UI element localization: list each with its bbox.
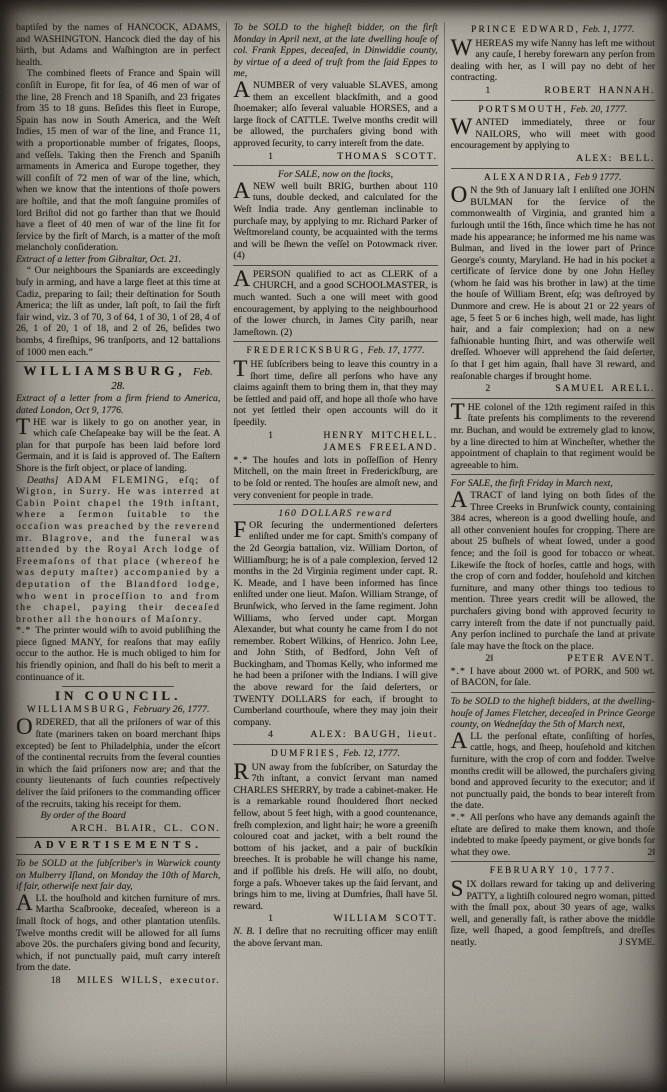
rule xyxy=(451,398,655,399)
article-text: HE ſubſcribers being to leave this count… xyxy=(233,359,437,428)
alexandria-dateline: ALEXANDRIA, Feb 9 1777. xyxy=(451,172,655,185)
deserters-reward-ad: FOR ſecuring the undermentioned deſerter… xyxy=(233,520,437,729)
dateline-date: Feb. 20, 1777. xyxy=(570,104,627,115)
drop-cap: T xyxy=(451,402,468,421)
bell-signature: ALEX: BELL. xyxy=(451,153,655,165)
article-text: OR ſecuring the undermentioned deſerters… xyxy=(233,520,437,728)
article-text: HEREAS my wife Nanny has left me without… xyxy=(451,38,655,84)
rule xyxy=(451,861,655,862)
deaths-label: Deaths] xyxy=(27,475,59,486)
drop-cap: A xyxy=(233,181,253,200)
article-text: ADAM FLEMING, eſq; of Wigton, in Surry. … xyxy=(16,475,220,625)
signature-mark: 1 xyxy=(485,85,490,97)
subscribers-leaving-notice: THE ſubſcribers being to leave this coun… xyxy=(233,359,437,429)
reward-heading: 160 DOLLARS reward xyxy=(233,508,437,520)
column-right: PRINCE EDWARD, Feb. 1, 1777. WHEREAS my … xyxy=(444,22,661,1084)
scott-signature: 1THOMAS SCOTT. xyxy=(233,151,437,163)
drop-cap: W xyxy=(451,117,476,136)
signature-mark: 18 xyxy=(51,975,61,987)
drop-cap: A xyxy=(451,731,471,750)
hannah-signature: 1ROBERT HANNAH. xyxy=(451,85,655,97)
drop-cap: F xyxy=(233,520,249,539)
drop-cap: O xyxy=(451,185,471,204)
pork-bacon-note: *.*I have about 2000 wt. of PORK, and 50… xyxy=(451,666,655,689)
nb-label: N. B. xyxy=(233,926,254,937)
baugh-signature: 4ALEX: BAUGH, lieut. xyxy=(233,729,437,741)
signature-mark: 4 xyxy=(268,729,273,741)
gibraltar-letter: “ Our neighbours the Spaniards are excee… xyxy=(16,265,220,358)
personal-estate-ad: ALL the perſonal eſtate, conſiſting of h… xyxy=(451,731,655,812)
tract-of-land-ad: A TRACT of land lying on both ſides of t… xyxy=(451,490,655,652)
houses-lots-note: *.*The houſes and lots in poſſeſſion of … xyxy=(233,455,437,501)
signature-name: ALEX: BELL. xyxy=(576,153,655,165)
signature-mark: 1 xyxy=(268,430,273,442)
reference-mark: 2‖ xyxy=(641,847,655,859)
drop-cap: R xyxy=(233,762,251,781)
warwick-sale-ad: ALL the houſhold and kitchen furniture o… xyxy=(16,893,220,974)
mitchell-signature: 1HENRY MITCHELL. xyxy=(233,430,437,442)
dateline-place: FREDERICKSBURG, xyxy=(246,346,365,356)
article-combined-fleets: The combined fleets of France and Spain … xyxy=(16,68,220,254)
drop-cap: A xyxy=(16,893,36,912)
williamsburg-dateline: WILLIAMSBURG, Feb. 28. xyxy=(16,365,220,392)
rule xyxy=(233,744,437,745)
council-order: ORDERED, that all the priſoners of war o… xyxy=(16,717,220,810)
signature-name: SAMUEL ARELL. xyxy=(555,383,655,395)
article-text: LL the perſonal eſtate, conſiſting of ho… xyxy=(451,731,655,812)
advertisements-heading: ADVERTISEMENTS. xyxy=(16,837,220,855)
drop-cap: W xyxy=(451,38,476,57)
article-text: PERSON qualified to act as CLERK of a CH… xyxy=(233,269,437,338)
for-sale-march-heading: For SALE, the firſt Friday in March next… xyxy=(451,478,655,490)
signature-name: JAMES FREELAND. xyxy=(324,442,438,454)
nota-bene: N. B. I deſire that no recruiting office… xyxy=(233,926,437,949)
dumfries-dateline: DUMFRIES, Feb. 12, 1777. xyxy=(233,748,437,761)
prince-edward-dateline: PRINCE EDWARD, Feb. 1, 1777. xyxy=(451,24,655,37)
dateline-place: DUMFRIES, xyxy=(271,749,341,759)
note-text: All perſons who have any demands againſt… xyxy=(451,812,655,858)
article-text: TRACT of land lying on both ſides of the… xyxy=(451,490,655,652)
article-text: RDERED, that all the priſoners of war of… xyxy=(16,717,220,809)
asterism-mark: *.* xyxy=(451,812,470,823)
article-text: UN away from the ſubſcriber, on Saturday… xyxy=(233,762,437,912)
signature-name: THOMAS SCOTT. xyxy=(337,151,437,163)
column-middle: To be SOLD to the higheſt bidder, on the… xyxy=(226,22,443,1084)
drop-cap: A xyxy=(451,490,471,509)
dateline-place: PORTSMOUTH, xyxy=(478,105,568,115)
rule xyxy=(233,341,437,342)
article-text: NEW well built BRIG, burthen about 110 t… xyxy=(233,181,437,262)
article-text: ANTED immediately, three or four NAILORS… xyxy=(451,117,655,151)
article-text: HE war is likely to go on another year, … xyxy=(16,417,220,474)
drop-cap: T xyxy=(16,417,33,436)
dateline-date: February 26, 1777. xyxy=(133,704,209,715)
drop-cap: S xyxy=(451,879,467,898)
signature-name: ARCH. BLAIR, CL. CON. xyxy=(71,823,221,835)
runaway-wife-notice: WHEREAS my wife Nanny has left me withou… xyxy=(451,38,655,84)
slaves-sale-ad: A NUMBER of very valuable SLAVES, among … xyxy=(233,80,437,150)
freeland-signature: JAMES FREELAND. xyxy=(233,442,437,454)
rule xyxy=(16,361,220,362)
note-text: I deſire that no recruiting officer may … xyxy=(233,926,437,949)
note-text: The houſes and lots in poſſeſſion of Hen… xyxy=(233,455,437,501)
rule xyxy=(451,168,655,169)
portsmouth-dateline: PORTSMOUTH, Feb. 20, 1777. xyxy=(451,104,655,117)
rule xyxy=(233,265,437,266)
gibraltar-letter-heading: Extract of a letter from Gibraltar, Oct.… xyxy=(16,254,220,266)
dateline-place: WILLIAMSBURG, xyxy=(24,363,186,378)
drop-cap: A xyxy=(233,80,253,99)
arell-signature: 2SAMUEL ARELL. xyxy=(451,383,655,395)
printer-note: *.*The printer would wiſh to avoid publi… xyxy=(16,625,220,683)
signature-name: MILES WILLS, executor. xyxy=(77,975,220,987)
rule xyxy=(62,686,174,687)
eppes-sale-intro: To be SOLD to the higheſt bidder, on the… xyxy=(233,22,437,80)
dateline-date: Feb. 12, 1777. xyxy=(343,748,400,759)
dateline-date: Feb. 17, 1777. xyxy=(368,345,425,356)
executor-signature: 18MILES WILLS, executor. xyxy=(16,975,220,987)
asterism-mark: *.* xyxy=(16,625,35,636)
nailors-wanted-ad: WANTED immediately, three or four NAILOR… xyxy=(451,117,655,152)
chaplain-inquiry: THE colonel of the 12th regiment raiſed … xyxy=(451,402,655,472)
drop-cap: T xyxy=(233,359,250,378)
dateline-place: ALEXANDRIA, xyxy=(484,173,572,183)
signature-mark: 2‖ xyxy=(485,653,493,665)
article-war-likely: THE war is likely to go on another year,… xyxy=(16,417,220,475)
demands-note: *.*All perſons who have any demands agai… xyxy=(451,812,655,858)
william-scott-signature: 1WILLIAM SCOTT. xyxy=(233,913,437,925)
article-baptised-fragment: baptiſed by the names of HANCOCK, ADAMS,… xyxy=(16,22,220,68)
for-sale-stocks-heading: For SALE, now on the ſtocks, xyxy=(233,169,437,181)
warwick-sale-intro: To be SOLD at the ſubſcriber's in Warwic… xyxy=(16,858,220,893)
rule xyxy=(451,100,655,101)
signature-mark: 1 xyxy=(268,913,273,925)
signature-name: ROBERT HANNAH. xyxy=(544,85,655,97)
signature-name: WILLIAM SCOTT. xyxy=(334,913,438,925)
asterism-mark: *.* xyxy=(451,666,470,677)
article-text: N the 9th of January laſt I enliſted one… xyxy=(451,185,655,382)
by-order-line: By order of the Board xyxy=(16,810,220,822)
february-dateline: FEBRUARY 10, 1777. xyxy=(451,865,655,878)
in-council-heading: IN COUNCIL. xyxy=(16,690,220,702)
clerk-wanted-ad: A PERSON qualified to act as CLERK of a … xyxy=(233,269,437,339)
patty-reward-ad: SIX dollars reward for taking up and del… xyxy=(451,879,655,949)
fletcher-sale-intro: To be SOLD to the higheſt bidders, at th… xyxy=(451,696,655,731)
dateline-place: WILLIAMSBURG, xyxy=(27,705,131,715)
rule xyxy=(451,474,655,475)
signature-name: ALEX: BAUGH, lieut. xyxy=(310,729,437,741)
note-text: The printer would wiſh to avoid publiſhi… xyxy=(16,625,220,682)
article-text: HE colonel of the 12th regiment raiſed i… xyxy=(451,402,655,471)
runaway-servant-ad: RUN away from the ſubſcriber, on Saturda… xyxy=(233,762,437,913)
bulman-deserter-ad: ON the 9th of January laſt I enliſted on… xyxy=(451,185,655,382)
avent-signature: 2‖PETER AVENT. xyxy=(451,653,655,665)
rule xyxy=(233,165,437,166)
newspaper-page: baptiſed by the names of HANCOCK, ADAMS,… xyxy=(0,0,667,1092)
fredericksburg-dateline: FREDERICKSBURG, Feb. 17, 1777. xyxy=(233,345,437,358)
rule xyxy=(451,692,655,693)
council-dateline: WILLIAMSBURG, February 26, 1777. xyxy=(16,704,220,717)
dateline-place: PRINCE EDWARD, xyxy=(471,25,580,35)
note-text: I have about 2000 wt. of PORK, and 500 w… xyxy=(451,666,655,689)
london-letter-intro: Extract of a letter from a firm friend t… xyxy=(16,393,220,416)
dateline-date: Feb 9 1777. xyxy=(575,172,622,183)
clerk-signature: ARCH. BLAIR, CL. CON. xyxy=(16,823,220,835)
signature-mark: 1 xyxy=(268,151,273,163)
signature-name: HENRY MITCHELL. xyxy=(323,430,437,442)
article-text: LL the houſhold and kitchen furniture of… xyxy=(16,893,220,974)
dateline-date: Feb. 1, 1777. xyxy=(583,24,635,35)
signature-mark: 2 xyxy=(485,383,490,395)
article-text: NUMBER of very valuable SLAVES, among th… xyxy=(233,80,437,149)
drop-cap: O xyxy=(16,717,36,736)
asterism-mark: *.* xyxy=(233,455,252,466)
brig-sale-ad: A NEW well built BRIG, burthen about 110… xyxy=(233,181,437,262)
column-container: baptiſed by the names of HANCOCK, ADAMS,… xyxy=(10,22,661,1084)
signature-name: PETER AVENT. xyxy=(567,653,655,665)
drop-cap: A xyxy=(233,269,253,288)
signature-name: J SYME. xyxy=(613,937,655,949)
rule xyxy=(233,504,437,505)
column-left: baptiſed by the names of HANCOCK, ADAMS,… xyxy=(10,22,226,1084)
article-deaths: Deaths] ADAM FLEMING, eſq; of Wigton, in… xyxy=(16,475,220,626)
dateline-date: FEBRUARY 10, 1777. xyxy=(490,866,616,876)
